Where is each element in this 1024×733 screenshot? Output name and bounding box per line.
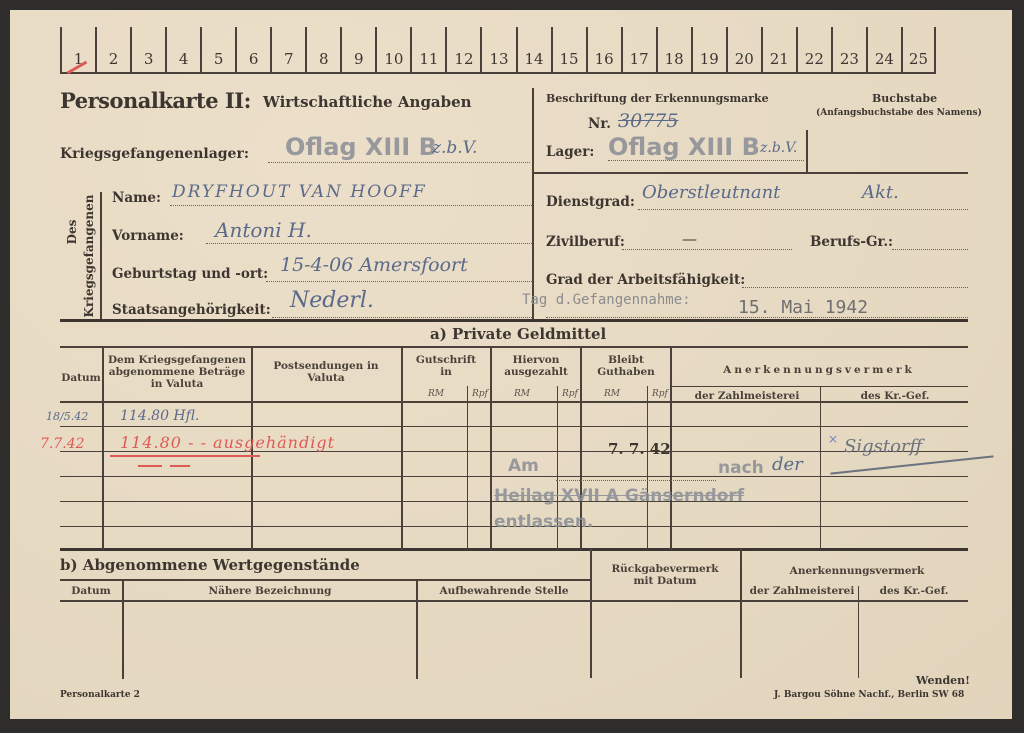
column-number-19: 19 [691,27,726,74]
section-a-title: a) Private Geldmittel [430,325,606,343]
stamp-dotted-line [556,480,716,481]
gefangennahme-stamp-label: Tag d.Gefangennahme: [522,292,691,308]
camp-dotted-line [268,162,530,163]
table-b-col-line [740,548,742,678]
b-header-stelle: Aufbewahrende Stelle [418,585,590,597]
card-subtitle: Wirtschaftliche Angaben [263,93,472,111]
row1-betrag: 114.80 Hfl. [120,408,199,424]
column-number-11: 11 [410,27,445,74]
personal-card: 1234567891011121314151617181920212223242… [10,10,1012,719]
column-number-4: 4 [165,27,200,74]
card-title: Personalkarte II: [60,88,251,113]
dienstgrad-extra: Akt. [862,182,899,203]
geburt-label: Geburtstag und -ort: [112,266,268,282]
side-divider [100,192,102,320]
geburt-dotted-line [266,281,532,282]
gefangennahme-stamp-value: 15. Mai 1942 [738,297,868,318]
tag-nr-value: 30775 [618,110,678,132]
tag-lager-label: Lager: [546,144,594,160]
top-block-divider [532,88,534,320]
header-bleibt: Bleibt Guthaben [586,354,666,378]
column-number-24: 24 [866,27,901,74]
column-number-10: 10 [375,27,410,74]
column-number-21: 21 [761,27,796,74]
name-label: Name: [112,190,161,206]
header-rpf: Rpf [472,389,488,399]
stamp-am: Am [508,456,539,476]
column-number-strip: 1234567891011121314151617181920212223242… [60,27,936,74]
tag-nr-label: Nr. [588,116,611,132]
table-a-col-line [490,346,492,550]
footer-form-number: Personalkarte 2 [60,690,140,700]
buchstabe-divider [806,130,808,173]
header-rpf: Rpf [652,389,668,399]
berufsgr-dotted-line [892,249,968,250]
tag-lager-stamp: Oflag XIII B [608,133,760,161]
camp-handwritten-note: z.b.V. [432,138,477,158]
header-anerkennung: Anerkennungsvermerk [674,364,964,376]
zivilberuf-dotted-line [622,249,792,250]
blue-cross-mark: × [828,432,838,446]
stamp-nach: nach [718,458,764,478]
side-label-kriegsgefangenen: Kriegsgefangenen [82,186,96,326]
b-header-krgef: des Kr.-Gef. [860,585,968,597]
row2-betrag: 114.80 - - ausgehändigt [120,433,335,452]
signature-strike [830,455,993,474]
b-header-datum: Datum [60,585,122,597]
berufsgr-label: Berufs-Gr.: [810,234,893,250]
header-datum: Datum [60,372,102,384]
table-a-row-line [60,476,968,477]
vorname-label: Vorname: [112,228,184,244]
buchstabe-sublabel: (Anfangsbuchstabe des Namens) [816,108,982,118]
column-number-8: 8 [305,27,340,74]
stamp-entlassen: entlassen. [494,512,593,532]
header-gutschrift: Gutschrift in [410,354,482,378]
handwritten-der: der [772,454,803,475]
column-number-3: 3 [130,27,165,74]
b-header-zahlmeisterei: der Zahlmeisterei [746,585,858,597]
row2-datum: 7.7.42 [40,436,85,452]
anerkennung-subheader-line [670,386,968,387]
tag-heading: Beschriftung der Erkennungsmarke [546,92,769,105]
table-a-col-line [401,346,403,550]
column-number-9: 9 [340,27,375,74]
header-rm: RM [428,389,444,399]
bleibt-date: 7. 7. 42 [608,440,671,458]
geburt-value: 15-4-06 Amersfoort [280,254,468,276]
stamp-heilag: Heilag XVII A Gänserndorf [494,486,744,506]
row1-datum: 18/5.42 [46,410,88,423]
table-a-col-line [102,346,104,550]
side-label-des: Des [65,192,79,272]
column-number-18: 18 [656,27,691,74]
header-hiervon: Hiervon ausgezahlt [496,354,576,378]
column-number-23: 23 [831,27,866,74]
footer-printer: J. Bargou Söhne Nachf., Berlin SW 68 [774,690,964,700]
table-a-col-line [820,386,821,550]
header-zahlmeisterei: der Zahlmeisterei [674,390,820,402]
column-number-17: 17 [621,27,656,74]
staat-dotted-line [272,317,532,318]
arbeit-label: Grad der Arbeitsfähigkeit: [546,272,745,288]
column-number-6: 6 [235,27,270,74]
table-b-header-bottom-line [60,600,968,602]
column-number-16: 16 [586,27,621,74]
b-header-bezeichnung: Nähere Bezeichnung [124,585,416,597]
table-b-col-line [590,600,592,678]
header-rpf: Rpf [562,389,578,399]
header-rm: RM [514,389,530,399]
header-betraege: Dem Kriegsgefangenen abgenommene Beträge… [106,354,248,390]
red-underline-short [138,465,162,467]
zivilberuf-value: — [682,230,697,248]
header-krgef: des Kr.-Gef. [822,390,968,402]
b-header-anerkennung: Anerkennungsvermerk [746,565,968,577]
red-underline [110,455,260,457]
table-b-top-line [60,579,590,581]
table-a-col-line [467,386,468,550]
column-number-7: 7 [270,27,305,74]
arbeit-dotted-line [742,287,968,288]
camp-label: Kriegsgefangenenlager: [60,146,249,162]
staat-label: Staatsangehörigkeit: [112,302,271,318]
dienstgrad-dotted-line [638,209,968,210]
column-number-20: 20 [726,27,761,74]
column-number-5: 5 [200,27,235,74]
column-number-13: 13 [480,27,515,74]
column-number-2: 2 [95,27,130,74]
dienstgrad-label: Dienstgrad: [546,194,635,210]
staat-value: Nederl. [290,288,374,313]
table-b-col-line [858,586,859,678]
table-a-col-line [647,386,648,550]
red-underline-short [170,465,190,467]
top-section-bottom-line [60,319,968,322]
vorname-value: Antoni H. [215,218,312,242]
table-a-row-line [60,426,968,427]
zivilberuf-label: Zivilberuf: [546,234,625,250]
tag-lager-handwritten: z.b.V. [760,140,797,156]
signature: Sigstorff [844,436,922,457]
section-b-title: b) Abgenommene Wertgegenstände [60,556,360,574]
vorname-dotted-line [206,243,532,244]
column-number-22: 22 [796,27,831,74]
column-number-15: 15 [551,27,586,74]
buchstabe-label: Buchstabe [872,92,937,105]
header-post: Postsendungen in Valuta [270,360,382,384]
camp-stamp: Oflag XIII B [285,133,437,161]
dienstgrad-value: Oberstleutnant [642,182,780,203]
table-a-bottom-line [60,548,968,551]
header-rm: RM [604,389,620,399]
footer-wenden: Wenden! [916,674,970,687]
name-dotted-line [170,205,532,206]
column-number-14: 14 [516,27,551,74]
column-number-12: 12 [445,27,480,74]
b-header-rueckgabe: Rückgabevermerk mit Datum [600,563,730,587]
tag-block-bottom-line [532,172,968,174]
table-a-top-line [60,346,968,348]
column-number-25: 25 [901,27,936,74]
name-value: DRYFHOUT VAN HOOFF [172,182,427,202]
